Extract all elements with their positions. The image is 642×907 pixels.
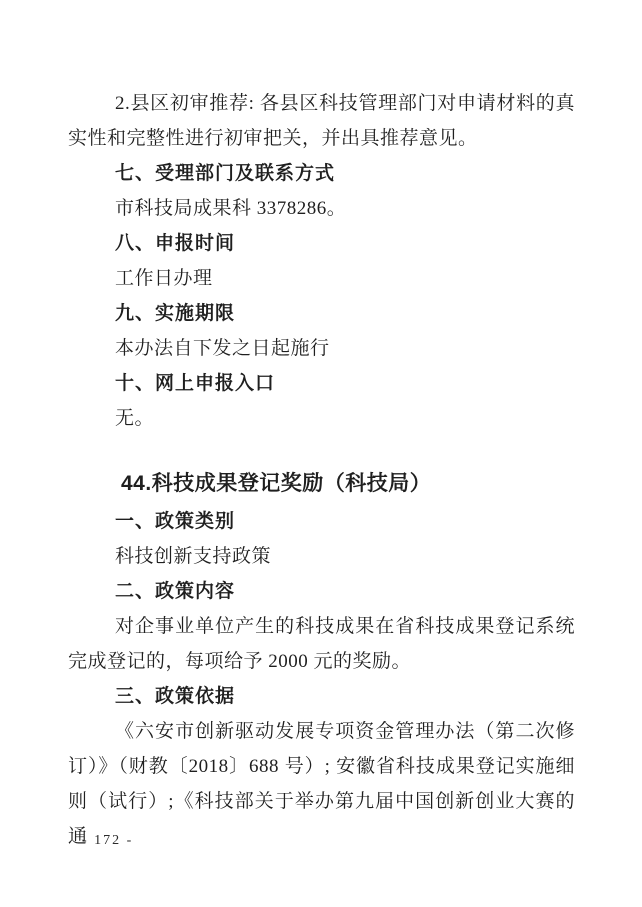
paragraph-line: 则（试行）;《科技部关于举办第九届中国创新创业大赛的通 — [68, 784, 575, 819]
paragraph-line: 2.县区初审推荐: 各县区科技管理部门对申请材料的真 — [68, 86, 575, 121]
paragraph-line: 订）》（财教〔2018〕688 号）; 安徽省科技成果登记实施细 — [68, 749, 575, 784]
document-page: 2.县区初审推荐: 各县区科技管理部门对申请材料的真 实性和完整性进行初审把关，… — [0, 0, 642, 907]
section-heading-9: 九、实施期限 — [68, 296, 575, 331]
paragraph-line: 无。 — [68, 401, 575, 436]
page-number: - 172 - — [82, 832, 133, 850]
paragraph-line: 对企事业单位产生的科技成果在省科技成果登记系统 — [68, 609, 575, 644]
paragraph-line: 实性和完整性进行初审把关，并出具推荐意见。 — [68, 121, 575, 156]
paragraph-line: 科技创新支持政策 — [68, 539, 575, 574]
section-heading-10: 十、网上申报入口 — [68, 366, 575, 401]
paragraph-line: 《六安市创新驱动发展专项资金管理办法（第二次修 — [68, 714, 575, 749]
paragraph-line: 本办法自下发之日起施行 — [68, 331, 575, 366]
section-heading-1: 一、政策类别 — [68, 504, 575, 539]
section-heading-3: 三、政策依据 — [68, 679, 575, 714]
section-heading-8: 八、申报时间 — [68, 226, 575, 261]
section-heading-7: 七、受理部门及联系方式 — [68, 156, 575, 191]
text-block: 2.县区初审推荐: 各县区科技管理部门对申请材料的真 实性和完整性进行初审把关，… — [68, 86, 575, 819]
paragraph-line: 工作日办理 — [68, 261, 575, 296]
paragraph-line: 完成登记的，每项给予 2000 元的奖励。 — [68, 644, 575, 679]
paragraph-line: 市科技局成果科 3378286。 — [68, 191, 575, 226]
item-title-44: 44.科技成果登记奖励（科技局） — [68, 464, 575, 504]
section-heading-2: 二、政策内容 — [68, 574, 575, 609]
